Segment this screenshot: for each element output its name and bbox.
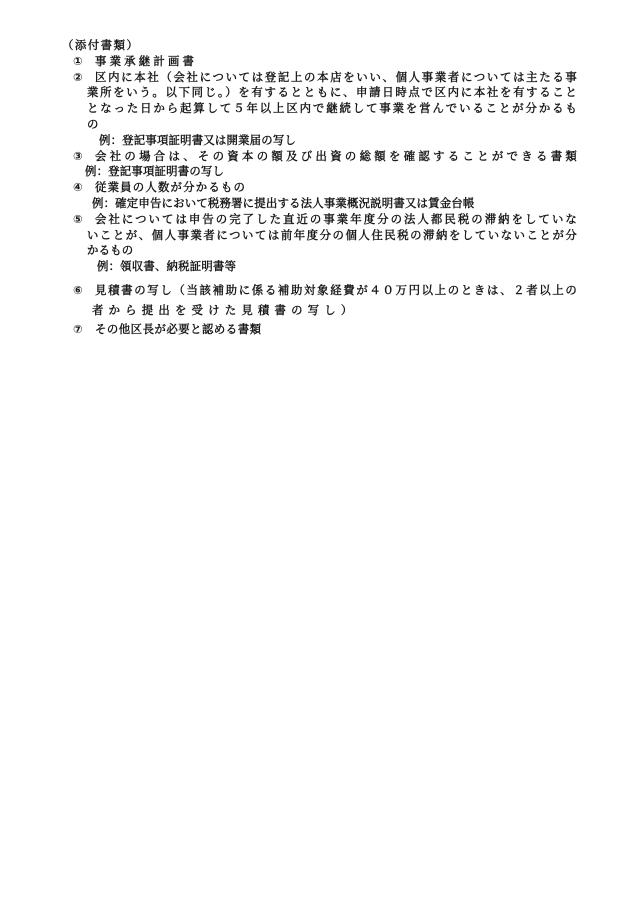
item-5: ⑤ 会社については申告の完了した直近の事業年度分の法人都民税の滞納をしていな: [62, 213, 577, 229]
item-2-text-line-2: 業所をいう。以下同じ。）を有するとともに、申請日時点で区内に本社を有すること: [87, 86, 577, 102]
item-1: ① 事業承継計画書: [62, 55, 577, 71]
item-5-text-line-3: かるもの: [87, 244, 577, 260]
item-1-number: ①: [73, 55, 83, 71]
heading-attached-documents: （添付書類）: [62, 39, 577, 55]
item-3-number: ③: [73, 150, 83, 166]
item-6-text-line-2: 者から提出を受けた見積書の写し）: [92, 304, 577, 320]
item-2-number: ②: [73, 71, 83, 87]
item-2-text-line-3: となった日から起算して５年以上区内で継続して事業を営んでいることが分かるも: [87, 102, 577, 118]
item-6-number: ⑥: [73, 284, 83, 300]
item-2-text-line-1: 区内に本社（会社については登記上の本店をいい、個人事業者については主たる事: [95, 71, 577, 87]
item-3-text: 会社の場合は、その資本の額及び出資の総額を確認することができる書類: [95, 150, 577, 166]
item-5-text-line-1: 会社については申告の完了した直近の事業年度分の法人都民税の滞納をしていな: [95, 213, 577, 229]
item-5-example: 例：領収書、納税証明書等: [97, 260, 577, 276]
attached-documents-page: （添付書類） ① 事業承継計画書 ② 区内に本社（会社については登記上の本店をい…: [62, 39, 577, 338]
item-1-text: 事業承継計画書: [95, 56, 197, 68]
item-7-number: ⑦: [73, 323, 83, 339]
item-5-text-line-2: いことが、個人事業者については前年度分の個人住民税の滞納をしていないことが分: [87, 229, 577, 245]
item-2: ② 区内に本社（会社については登記上の本店をいい、個人事業者については主たる事: [62, 71, 577, 87]
item-6: ⑥ 見積書の写し（当該補助に係る補助対象経費が４０万円以上のときは、２者以上の: [62, 284, 577, 300]
item-4-example: 例：確定申告において税務署に提出する法人事業概況説明書又は賃金台帳: [92, 197, 577, 213]
item-3-example: 例：登記事項証明書の写し: [85, 165, 577, 181]
item-2-example: 例：登記事項証明書又は開業届の写し: [99, 134, 577, 150]
item-4-number: ④: [73, 181, 83, 197]
item-4: ④ 従業員の人数が分かるもの: [62, 181, 577, 197]
item-2-text-line-4: の: [87, 118, 577, 134]
item-6-text-line-1: 見積書の写し（当該補助に係る補助対象経費が４０万円以上のときは、２者以上の: [95, 284, 577, 300]
item-7-text: その他区長が必要と認める書類: [95, 324, 261, 336]
item-7: ⑦ その他区長が必要と認める書類: [62, 323, 577, 339]
item-4-text: 従業員の人数が分かるもの: [95, 182, 246, 194]
item-3: ③ 会社の場合は、その資本の額及び出資の総額を確認することができる書類: [62, 150, 577, 166]
item-5-number: ⑤: [73, 213, 83, 229]
